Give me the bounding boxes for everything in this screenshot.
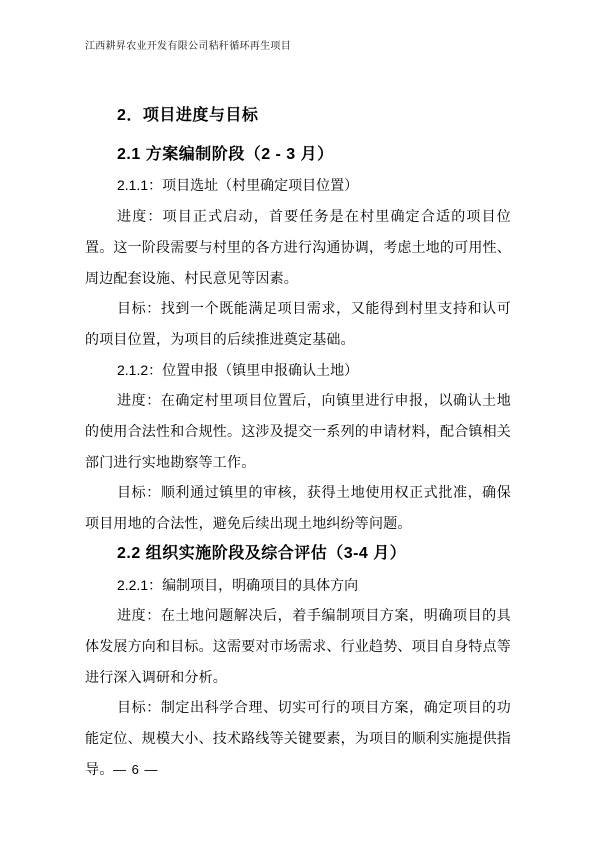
subsection-2-1-2-heading: 2.1.2：位置申报（镇里申报确认土地） [85, 355, 511, 386]
page-number: — 6 — [113, 762, 158, 778]
subsection-2-1-2-progress-paragraph: 进度：在确定村里项目位置后，向镇里进行申报，以确认土地的使用合法性和合规性。这涉… [85, 385, 511, 477]
page-header-project-title: 江西耕昇农业开发有限公司秸秆循环再生项目 [85, 40, 511, 53]
subsection-2-1-1-heading: 2.1.1：项目选址（村里确定项目位置） [85, 170, 511, 201]
section-2-2-heading: 2.2 组织实施阶段及综合评估（3-4 月） [85, 539, 511, 570]
subsection-2-1-1-goal-paragraph: 目标：找到一个既能满足项目需求，又能得到村里支持和认可的项目位置，为项目的后续推… [85, 293, 511, 354]
document-body: 2．项目进度与目标 2.1 方案编制阶段（2 - 3 月） 2.1.1：项目选址… [85, 101, 511, 784]
section-2-1-heading: 2.1 方案编制阶段（2 - 3 月） [85, 140, 511, 171]
subsection-2-1-1-progress-paragraph: 进度：项目正式启动，首要任务是在村里确定合适的项目位置。这一阶段需要与村里的各方… [85, 201, 511, 293]
document-page: 江西耕昇农业开发有限公司秸秆循环再生项目 2．项目进度与目标 2.1 方案编制阶… [0, 0, 595, 841]
subsection-2-2-1-heading: 2.2.1：编制项目，明确项目的具体方向 [85, 570, 511, 601]
subsection-2-2-1-progress-paragraph: 进度：在土地问题解决后，着手编制项目方案，明确项目的具体发展方向和目标。这需要对… [85, 600, 511, 692]
subsection-2-1-2-goal-paragraph: 目标：顺利通过镇里的审核，获得土地使用权正式批准，确保项目用地的合法性，避免后续… [85, 477, 511, 538]
chapter-heading: 2．项目进度与目标 [85, 101, 511, 132]
